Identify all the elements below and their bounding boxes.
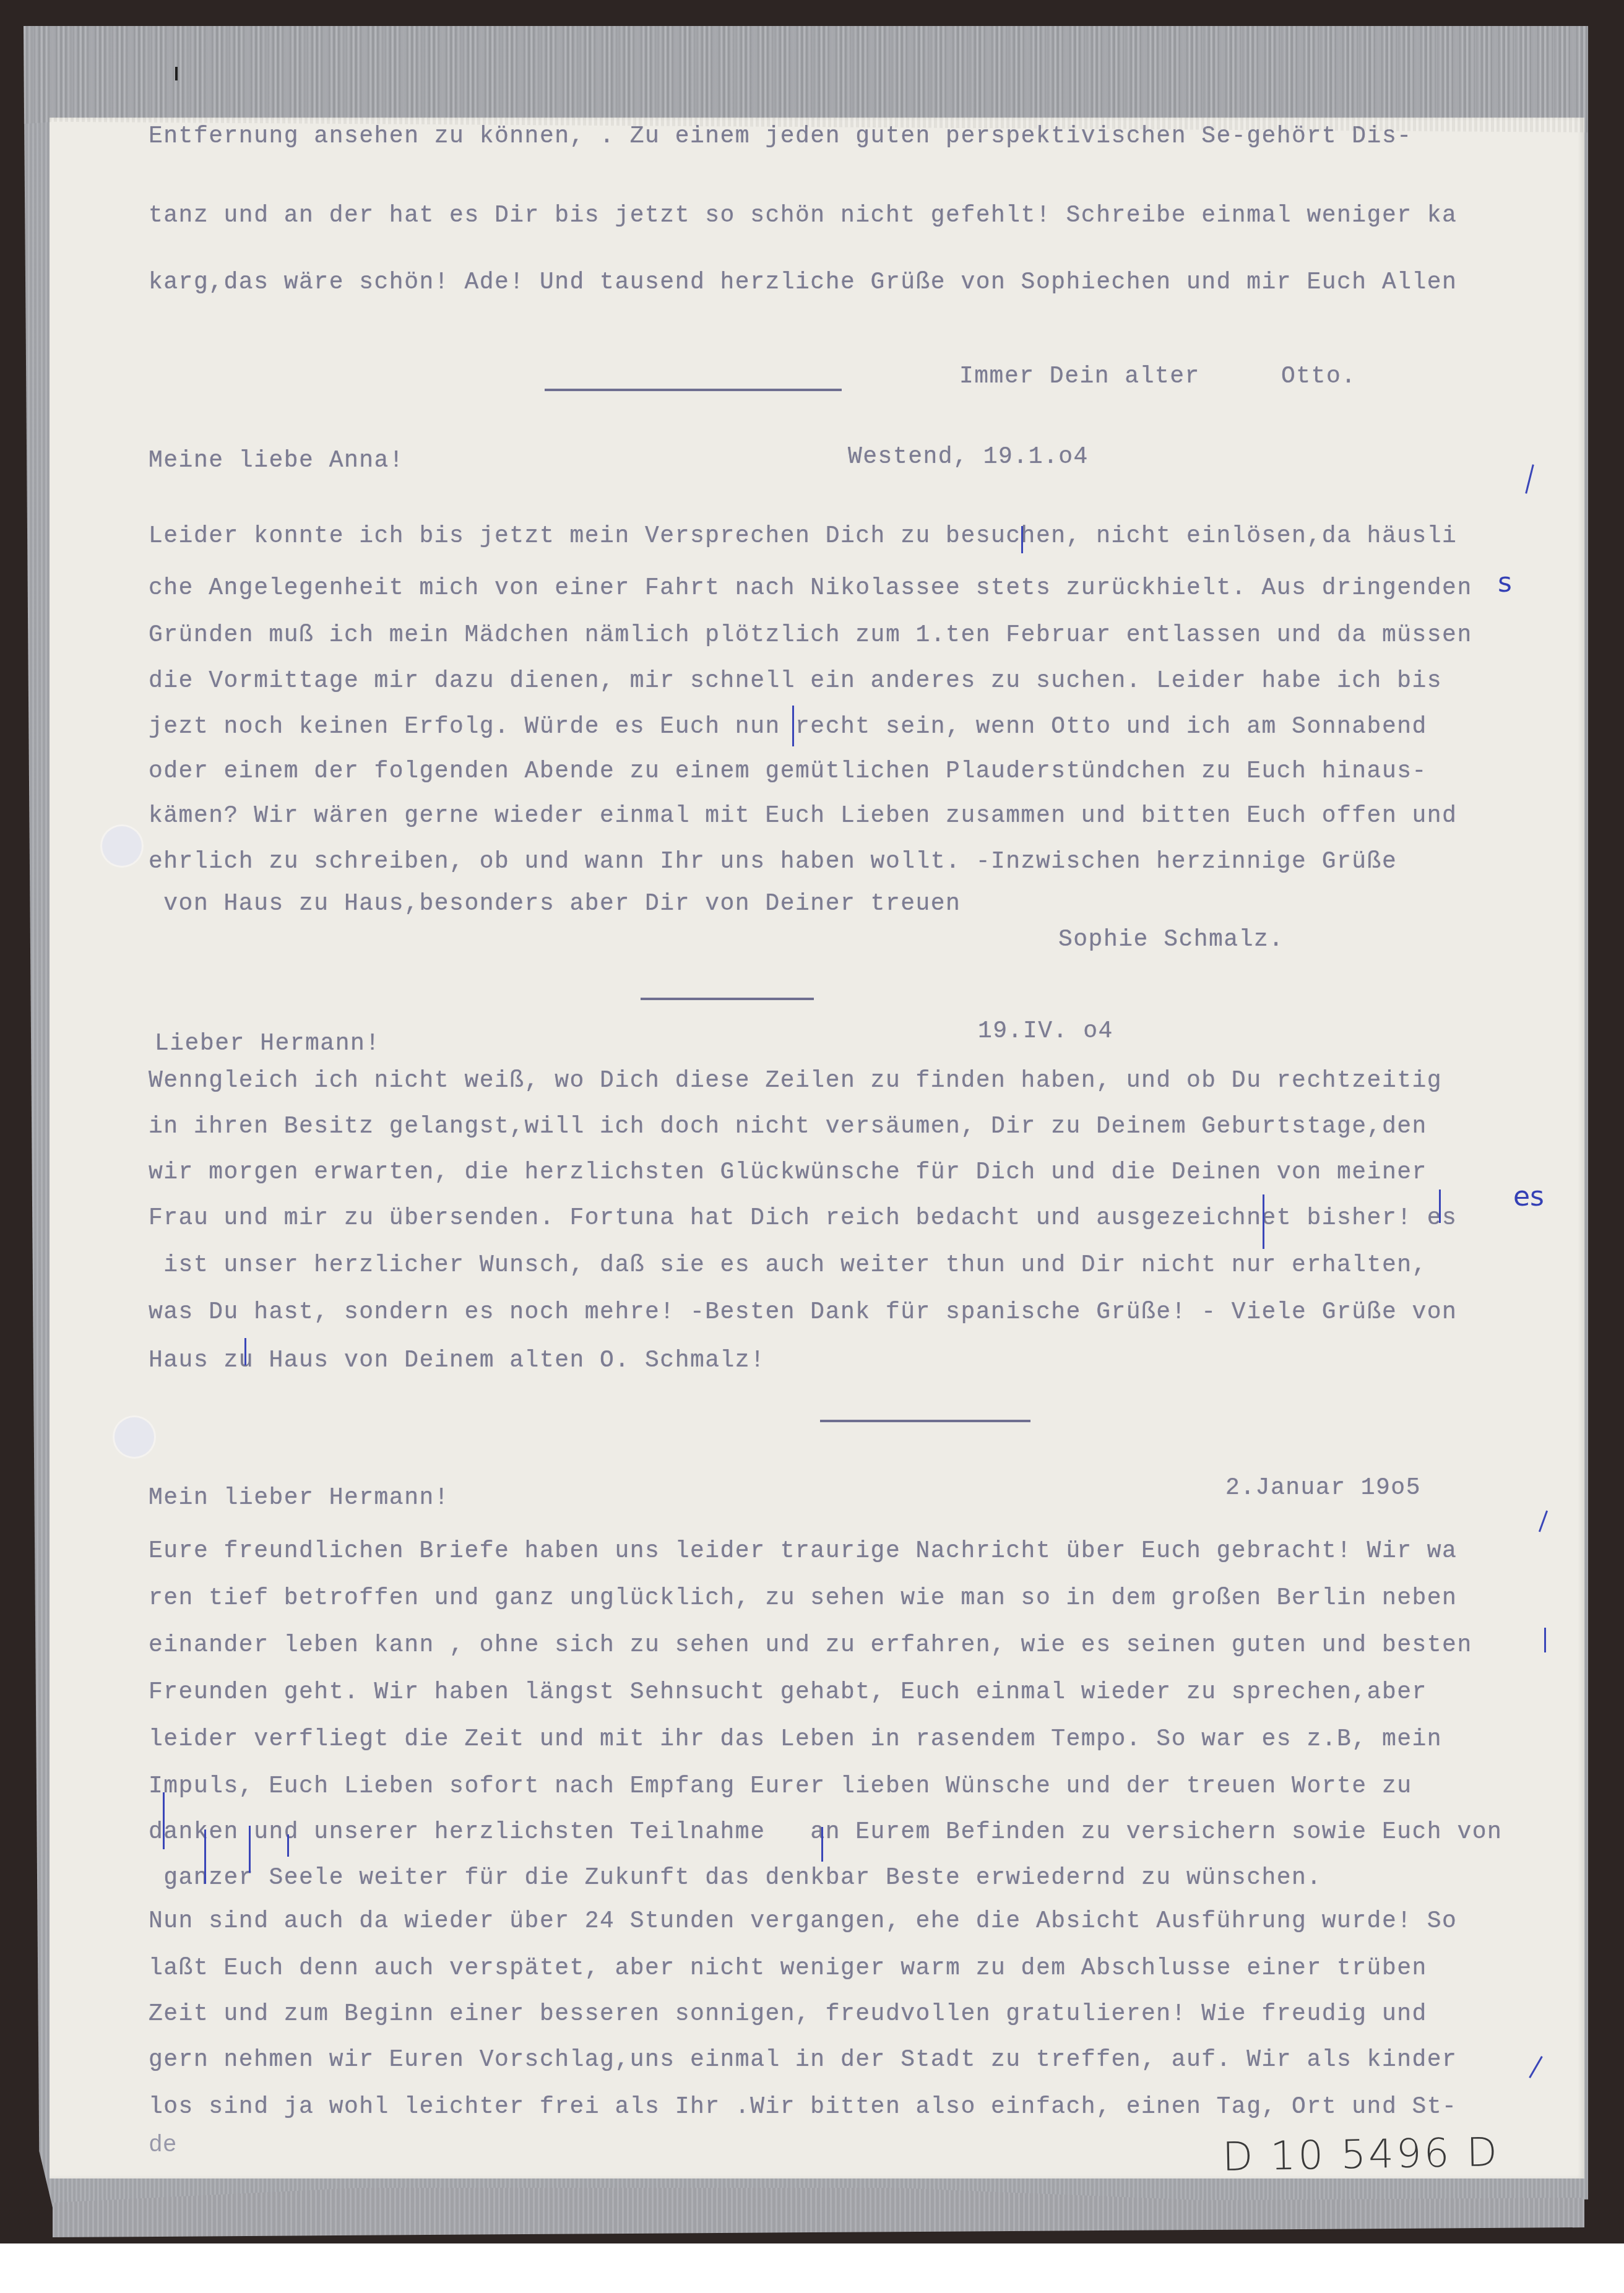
pen-correction-mark bbox=[1263, 1194, 1264, 1249]
letter-3-line-7: danken und unserer herzlichsten Teilnahm… bbox=[149, 1821, 1502, 1844]
letter-2-line-5: ist unser herzlicher Wunsch, daß sie es … bbox=[149, 1254, 1427, 1277]
pen-correction-mark bbox=[204, 1829, 206, 1884]
pen-correction-mark bbox=[244, 1338, 246, 1365]
letter-1-salutation: Meine liebe Anna! bbox=[149, 449, 404, 473]
pen-correction-mark bbox=[1544, 1628, 1546, 1652]
pen-correction-mark bbox=[821, 1827, 823, 1862]
pen-correction-mark bbox=[287, 1834, 289, 1857]
letter-1-line-4: die Vormittage mir dazu dienen, mir schn… bbox=[149, 670, 1442, 693]
letter-3-line-10: laßt Euch denn auch verspätet, aber nich… bbox=[149, 1957, 1427, 1980]
section-divider bbox=[820, 1420, 1030, 1422]
pen-correction-mark bbox=[1525, 464, 1534, 493]
letter-1-line-8: ehrlich zu schreiben, ob und wann Ihr un… bbox=[149, 850, 1397, 874]
letter-3-line-1: Eure freundlichen Briefe haben uns leide… bbox=[149, 1540, 1457, 1563]
pen-correction-mark bbox=[1529, 2056, 1543, 2078]
letter-3-line-5: leider verfliegt die Zeit und mit ihr da… bbox=[149, 1728, 1442, 1751]
margin-mark bbox=[175, 67, 178, 80]
letter-page: Entfernung ansehen zu können, . Zu einem… bbox=[50, 118, 1584, 2179]
letter-1-line-3: Gründen muß ich mein Mädchen nämlich plö… bbox=[149, 624, 1472, 647]
letter-3-line-13: los sind ja wohl leichter frei als Ihr .… bbox=[149, 2096, 1457, 2119]
letter-1-line-9: von Haus zu Haus,besonders aber Dir von … bbox=[149, 892, 961, 916]
closing-signature-otto: Otto. bbox=[1281, 365, 1357, 389]
letter-3-line-2: ren tief betroffen und ganz unglücklich,… bbox=[149, 1587, 1457, 1610]
letter-1-signature: Sophie Schmalz. bbox=[1058, 928, 1284, 952]
letter-3-date: 2.Januar 19o5 bbox=[1225, 1477, 1421, 1500]
letter-1-line-1: Leider konnte ich bis jetzt mein Verspre… bbox=[149, 525, 1457, 548]
letter-1-line-5: jezt noch keinen Erfolg. Würde es Euch n… bbox=[149, 715, 1427, 739]
archive-number: D 10 5496 D bbox=[1222, 2130, 1500, 2180]
letter-2-line-7: Haus zu Haus von Deinem alten O. Schmalz… bbox=[149, 1349, 765, 1373]
closing-phrase: Immer Dein alter bbox=[959, 365, 1200, 389]
pen-correction-text: s bbox=[1498, 569, 1512, 597]
letter-2-salutation: Lieber Hermann! bbox=[155, 1032, 381, 1056]
tissue-overlay-top bbox=[24, 26, 1588, 132]
letter-2-line-1: Wenngleich ich nicht weiß, wo Dich diese… bbox=[149, 1069, 1442, 1093]
letter-3-line-4: Freunden geht. Wir haben längst Sehnsuch… bbox=[149, 1681, 1427, 1704]
letter-3-line-9: Nun sind auch da wieder über 24 Stunden … bbox=[149, 1910, 1457, 1933]
continuation-line-3: karg,das wäre schön! Ade! Und tausend he… bbox=[149, 271, 1457, 295]
letter-2-date: 19.IV. o4 bbox=[978, 1020, 1113, 1043]
section-divider bbox=[545, 389, 842, 391]
pen-correction-text: es bbox=[1513, 1183, 1544, 1211]
pen-correction-mark bbox=[1021, 526, 1023, 553]
letter-3-line-8: ganzer Seele weiter für die Zukunft das … bbox=[149, 1867, 1322, 1890]
letter-2-line-2: in ihren Besitz gelangst,will ich doch n… bbox=[149, 1115, 1427, 1139]
pen-correction-mark bbox=[249, 1826, 251, 1873]
punch-hole bbox=[102, 826, 142, 866]
letter-1-date: Westend, 19.1.o4 bbox=[848, 446, 1089, 469]
letter-2-line-6: was Du hast, sondern es noch mehre! -Bes… bbox=[149, 1301, 1457, 1324]
letter-2-line-3: wir morgen erwarten, die herzlichsten Gl… bbox=[149, 1161, 1427, 1185]
letter-2-line-4: Frau und mir zu übersenden. Fortuna hat … bbox=[149, 1207, 1457, 1230]
letter-1-line-6: oder einem der folgenden Abende zu einem… bbox=[149, 760, 1427, 784]
pen-correction-mark bbox=[1539, 1511, 1548, 1532]
letter-3-line-6: Impuls, Euch Lieben sofort nach Empfang … bbox=[149, 1775, 1412, 1799]
letter-3-line-3: einander leben kann , ohne sich zu sehen… bbox=[149, 1634, 1472, 1657]
letter-1-line-2: che Angelegenheit mich von einer Fahrt n… bbox=[149, 577, 1472, 600]
section-divider bbox=[641, 998, 814, 1000]
pen-correction-mark bbox=[1439, 1190, 1441, 1223]
pen-correction-mark bbox=[792, 706, 794, 746]
letter-1-line-7: kämen? Wir wären gerne wieder einmal mit… bbox=[149, 805, 1457, 828]
letter-3-line-12: gern nehmen wir Euren Vorschlag,uns einm… bbox=[149, 2049, 1457, 2072]
letter-3-line-11: Zeit und zum Beginn einer besseren sonni… bbox=[149, 2003, 1427, 2026]
pen-correction-mark bbox=[163, 1792, 165, 1849]
continuation-line-2: tanz und an der hat es Dir bis jetzt so … bbox=[149, 204, 1457, 228]
page-end-fragment: de bbox=[149, 2132, 177, 2159]
punch-hole bbox=[114, 1417, 154, 1457]
letter-3-salutation: Mein lieber Hermann! bbox=[149, 1487, 449, 1510]
